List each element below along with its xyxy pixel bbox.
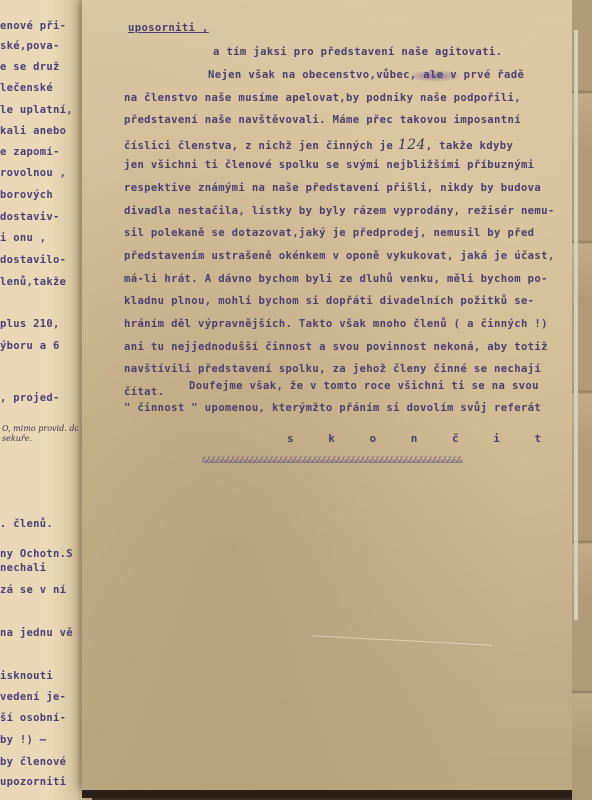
text-line: kladnu plnou, mohli bychom si dopřáti di… — [124, 295, 534, 307]
left-page-line: i onu , — [0, 232, 46, 244]
line-text: jen všichni ti členové spolku se svými n… — [124, 159, 534, 171]
left-page-line: ýboru a 6 — [0, 340, 60, 352]
line-text: a tím jaksi pro představení naše agitova… — [213, 46, 502, 58]
left-page-line: le uplatní, — [0, 104, 73, 116]
left-page-line: ské,pova- — [0, 40, 60, 52]
left-page-line: upozorniti — [0, 776, 66, 788]
left-page-line: lenů,takže — [0, 276, 66, 288]
paper-strip — [574, 30, 578, 620]
left-page-line: plus 210, — [0, 318, 60, 330]
text-line: čítat. — [124, 386, 164, 398]
handwritten-member-count: 124 — [393, 137, 426, 153]
text-line: má-li hrát. A dávno bychom byli ze dluhů… — [124, 273, 548, 285]
line-text: respektive známými na naše představení p… — [124, 182, 541, 194]
text-line: jen všichni ti členové spolku se svými n… — [124, 159, 534, 171]
left-page-line: vedení je- — [0, 691, 66, 703]
text-line: na členstvo naše musíme apelovat,by podn… — [124, 92, 521, 104]
text-line: Doufejme však, že v tomto roce všichni t… — [189, 380, 539, 392]
text-line: a tím jaksi pro představení naše agitova… — [213, 46, 502, 58]
left-page-line: dostavilo- — [0, 254, 66, 266]
left-page-line: , projed- — [0, 392, 60, 404]
ornament-rule: &&&&&&&&&&&&&&&&&&&&&&&&&&&&&&&&&&&&&&&&… — [202, 456, 462, 466]
left-page-line: zá se v ní — [0, 584, 66, 596]
paper-crease — [312, 635, 492, 645]
main-document-page: uposorniti ,a tím jaksi pro představení … — [82, 0, 572, 790]
left-page-line: lečenské — [0, 82, 53, 94]
line-text: uposorniti , — [128, 22, 209, 34]
text-line: respektive známými na naše představení p… — [124, 182, 541, 194]
left-page-line: . členů. — [0, 518, 53, 530]
line-text: ani tu nejjednodušší činnost a svou povi… — [124, 341, 548, 353]
line-text: má-li hrát. A dávno bychom byli ze dluhů… — [124, 273, 548, 285]
closing-word: s k o n č i t ! — [287, 432, 592, 445]
text-line: hráním děl výpravnějších. Takto však mno… — [124, 318, 548, 330]
text-line: " činnost " upomenou, kterýmžto přáním s… — [124, 402, 541, 414]
text-line: představením ustrašeně okénkem v oponě v… — [124, 250, 555, 262]
line-text: " činnost " upomenou, kterýmžto přáním s… — [124, 402, 541, 414]
left-page-line: ny Ochotn.S — [0, 548, 73, 560]
left-page-line: by členové — [0, 756, 66, 768]
line-text: na členstvo naše musíme apelovat,by podn… — [124, 92, 521, 104]
line-text: představením ustrašeně okénkem v oponě v… — [124, 250, 555, 262]
left-page-line: ší osobní- — [0, 712, 66, 724]
text-line: představení naše navštěvovali. Máme přec… — [124, 114, 521, 126]
page-bottom-edge — [82, 790, 572, 798]
left-page-line: e se druž — [0, 61, 60, 73]
left-page-line: enové při- — [0, 20, 66, 32]
line-text: sil polekaně se dotazovat,jaký je předpr… — [124, 227, 534, 239]
left-page-line: kali anebo — [0, 125, 66, 137]
text-line: navštívili představení spolku, za jehož … — [124, 363, 541, 375]
left-page-line: by !) — — [0, 734, 46, 746]
left-facing-page: enové při-ské,pova-e se družlečenskéle u… — [0, 0, 92, 800]
line-text: Doufejme však, že v tomto roce všichni t… — [189, 380, 539, 392]
text-line: Nejen však na obecenstvo,vůbec, ale v pr… — [208, 69, 524, 81]
text-line: divadla nestačila, lístky by byly rázem … — [124, 205, 555, 217]
stacked-page-edges — [572, 0, 592, 800]
line-text: číslici členstva, z nichž jen činných je — [124, 140, 393, 152]
line-text: kladnu plnou, mohli bychom si dopřáti di… — [124, 295, 534, 307]
line-text: divadla nestačila, lístky by byly rázem … — [124, 205, 555, 217]
text-line: sil polekaně se dotazovat,jaký je předpr… — [124, 227, 534, 239]
left-page-line: na jednu vě — [0, 627, 73, 639]
left-page-line: isknouti — [0, 670, 53, 682]
left-page-line: rovolnou , — [0, 167, 66, 179]
text-line: uposorniti , — [128, 22, 209, 34]
line-text: představení naše navštěvovali. Máme přec… — [124, 114, 521, 126]
left-page-line: dostaviv- — [0, 211, 60, 223]
line-text-continued: , takže kdyby — [426, 140, 513, 152]
text-line: číslici členstva, z nichž jen činných je… — [124, 137, 513, 153]
left-page-line: e zapomí- — [0, 146, 60, 158]
line-text: Nejen však na obecenstvo,vůbec, ale v pr… — [208, 69, 524, 81]
line-text: čítat. — [124, 386, 164, 398]
left-page-line: borových — [0, 189, 53, 201]
line-text: hráním děl výpravnějších. Takto však mno… — [124, 318, 548, 330]
line-text: navštívili představení spolku, za jehož … — [124, 363, 541, 375]
text-line: ani tu nejjednodušší činnost a svou povi… — [124, 341, 548, 353]
left-page-line: nechali — [0, 562, 46, 574]
